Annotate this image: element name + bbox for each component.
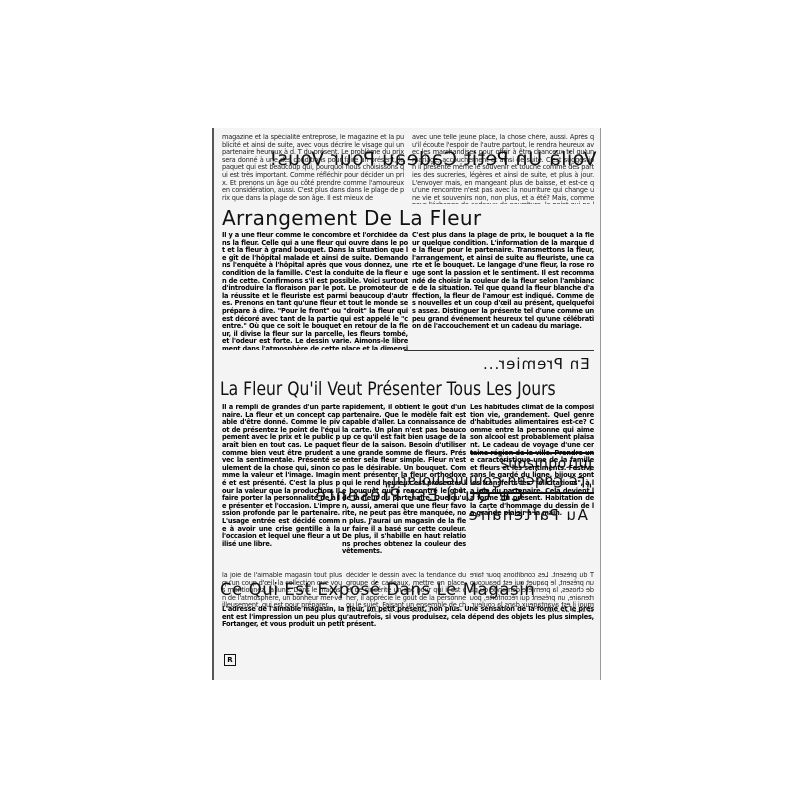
text-block-mid-left: Il y a une fleur comme le concombre et l…	[222, 232, 408, 350]
clear-stamp-sheet: magazine et la spécialité entreprose, le…	[212, 128, 601, 680]
headline-en-premier-mirrored: En Premier...	[482, 355, 590, 373]
headline-expose: Ce Qui Est Exposé Dans Le Magasin	[220, 580, 535, 599]
headline-presente-mirrored: Ce Qu'il Est Présenté	[314, 486, 523, 506]
headline-partenaire-mirrored: Au Partenaire	[467, 506, 588, 524]
headline-arrangement: Arrangement De La Fleur	[222, 206, 481, 230]
rule-en-premier	[404, 350, 594, 351]
text-block-footer: L'adresse de l'aimable magasin, la fleur…	[222, 606, 594, 676]
headline-voila-mirrored: Voilà Un Petit Cadeau Pour Vous!	[269, 148, 596, 170]
text-block-mid-right: C'est plus dans la plage de prix, le bou…	[412, 232, 594, 344]
headline-la-fleur: La Fleur Qu'il Veut Présenter Tous Les J…	[220, 378, 556, 400]
registered-mark-icon: R	[224, 654, 236, 666]
rule-introduisons	[470, 452, 594, 454]
headline-introduisons-flipped: Introduisons	[500, 456, 592, 472]
